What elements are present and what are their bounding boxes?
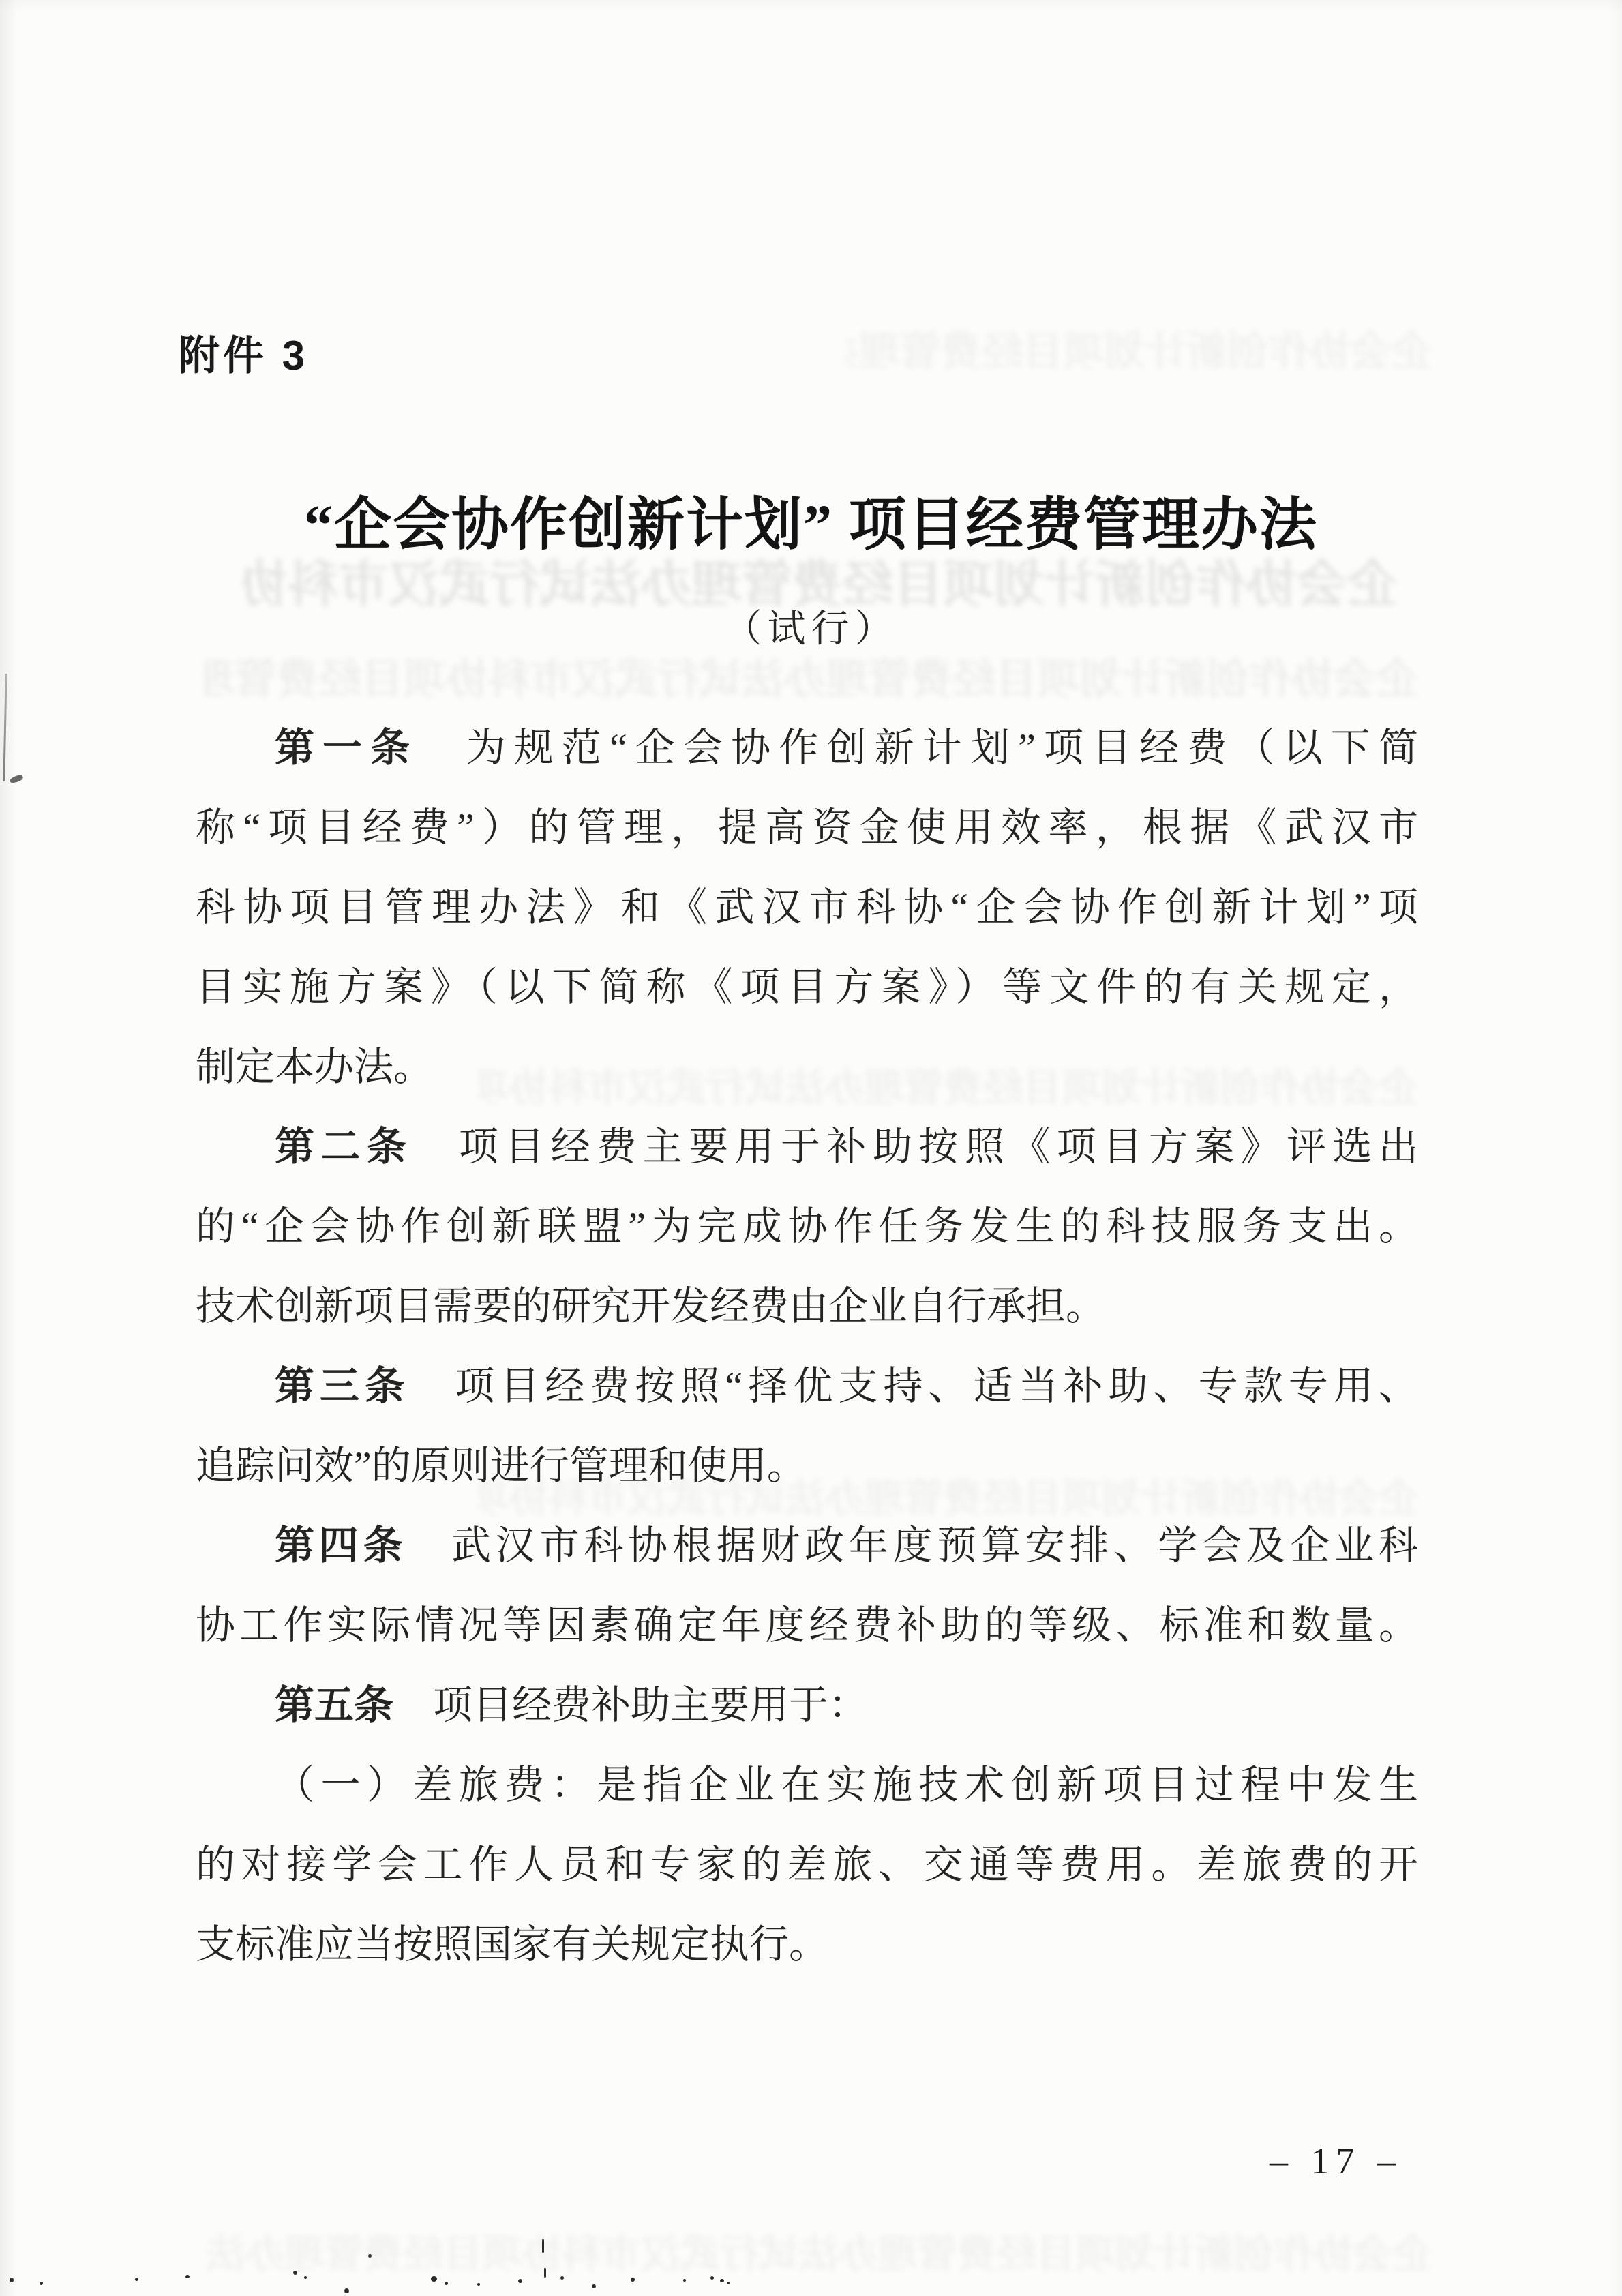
scan-speckle bbox=[40, 2282, 43, 2285]
scan-speckle bbox=[135, 2278, 138, 2281]
body-line-text: 武汉市科协根据财政年度预算安排、学会及企业科 bbox=[407, 1523, 1418, 1568]
scan-scratch bbox=[9, 774, 24, 784]
body-line: 的对接学会工作人员和专家的差旅、交通等费用。差旅费的开 bbox=[196, 1825, 1418, 1905]
scan-speckle bbox=[544, 2268, 546, 2278]
body-line: 支标准应当按照国家有关规定执行。 bbox=[196, 1905, 1418, 1984]
article-number: 第二条 bbox=[275, 1124, 412, 1169]
body-line: 目实施方案》（以下简称《项目方案》）等文件的有关规定， bbox=[196, 947, 1418, 1027]
scanned-document-page: 企会协作创新计划项目经费管理办法试行武汉市科协项目经费管理办法 企会协作创新计划… bbox=[0, 0, 1622, 2296]
bleed-through-text: 企会协作创新计划项目经费管理办法试行武汉市科协项目经费管理办法 bbox=[170, 2222, 1432, 2279]
page-number: – 17 – bbox=[1270, 2140, 1402, 2182]
body-line: 第三条 项目经费按照“择优支持、适当补助、专款专用、 bbox=[196, 1346, 1418, 1426]
body-line-text: 科协项目管理办法》和《武汉市科协“企会协作创新计划”项 bbox=[196, 885, 1418, 929]
body-line-text: 的对接学会工作人员和专家的差旅、交通等费用。差旅费的开 bbox=[196, 1843, 1418, 1887]
body-line-text: 的“企会协作创新联盟”为完成协作任务发生的科技服务支出。 bbox=[196, 1204, 1418, 1249]
body-line: 第一条 为规范“企会协作创新计划”项目经费（以下简 bbox=[196, 708, 1418, 788]
body-line-text: （一）差旅费：是指企业在实施技术创新项目过程中发生 bbox=[275, 1763, 1418, 1807]
scan-speckle bbox=[477, 2283, 480, 2286]
document-body: 第一条 为规范“企会协作创新计划”项目经费（以下简 称“项目经费”）的管理，提高… bbox=[196, 708, 1418, 1984]
attachment-label: 附件 3 bbox=[179, 323, 308, 382]
document-subtitle: （试行） bbox=[0, 599, 1622, 653]
bleed-through-text: 企会协作创新计划项目经费管理办法试行武汉市科协项目经费管理办法 bbox=[845, 319, 1432, 378]
body-line: 第五条 项目经费补助主要用于： bbox=[196, 1665, 1418, 1745]
body-line-text: 追踪问效”的原则进行管理和使用。 bbox=[196, 1444, 807, 1488]
scan-speckle bbox=[683, 2279, 686, 2282]
document-title: “企会协作创新计划” 项目经费管理办法 bbox=[0, 479, 1622, 561]
scan-speckle bbox=[304, 2276, 307, 2279]
body-line: 制定本办法。 bbox=[196, 1027, 1418, 1107]
scan-speckle bbox=[10, 2278, 14, 2282]
article-number: 第五条 bbox=[275, 1683, 393, 1727]
body-line-text: 制定本办法。 bbox=[196, 1045, 433, 1089]
body-line: 称“项目经费”）的管理，提高资金使用效率，根据《武汉市 bbox=[196, 788, 1418, 867]
body-line-text: 为规范“企会协作创新计划”项目经费（以下简 bbox=[418, 726, 1418, 770]
scan-speckle bbox=[431, 2276, 437, 2282]
body-line-text: 项目经费按照“择优支持、适当补助、专款专用、 bbox=[410, 1364, 1418, 1408]
article-number: 第四条 bbox=[275, 1523, 407, 1568]
body-line: 第四条 武汉市科协根据财政年度预算安排、学会及企业科 bbox=[196, 1506, 1418, 1585]
scan-speckle bbox=[727, 2282, 730, 2284]
scan-speckle bbox=[293, 2271, 297, 2275]
body-line-text: 支标准应当按照国家有关规定执行。 bbox=[196, 1922, 828, 1967]
body-line-text: 项目经费补助主要用于： bbox=[393, 1683, 868, 1727]
body-line-text: 协工作实际情况等因素确定年度经费补助的等级、标准和数量。 bbox=[196, 1603, 1418, 1648]
body-line: 第二条 项目经费主要用于补助按照《项目方案》评选出 bbox=[196, 1107, 1418, 1187]
scan-speckle bbox=[185, 2275, 190, 2278]
scan-speckle bbox=[720, 2279, 724, 2282]
scan-speckle bbox=[368, 2254, 372, 2258]
bleed-through-text: 企会协作创新计划项目经费管理办法试行武汉市科协项目经费管理办法 bbox=[205, 645, 1418, 706]
body-line-text: 技术创新项目需要的研究开发经费由企业自行承担。 bbox=[196, 1284, 1105, 1328]
article-number: 第三条 bbox=[275, 1364, 410, 1408]
scan-speckle bbox=[631, 2278, 635, 2282]
body-line: 协工作实际情况等因素确定年度经费补助的等级、标准和数量。 bbox=[196, 1585, 1418, 1665]
body-line-text: 项目经费主要用于补助按照《项目方案》评选出 bbox=[412, 1124, 1418, 1169]
scan-speckle bbox=[518, 2279, 522, 2283]
body-line-text: 称“项目经费”）的管理，提高资金使用效率，根据《武汉市 bbox=[196, 805, 1418, 850]
scan-speckle bbox=[445, 2282, 448, 2285]
body-line: 的“企会协作创新联盟”为完成协作任务发生的科技服务支出。 bbox=[196, 1187, 1418, 1266]
scan-speckle bbox=[560, 2276, 564, 2280]
body-line: 追踪问效”的原则进行管理和使用。 bbox=[196, 1426, 1418, 1506]
body-line-text: 目实施方案》（以下简称《项目方案》）等文件的有关规定， bbox=[196, 965, 1418, 1009]
scan-speckle bbox=[592, 2284, 596, 2288]
scan-scratch bbox=[3, 674, 7, 781]
scan-speckle bbox=[542, 2239, 544, 2253]
scan-speckle bbox=[710, 2276, 714, 2280]
scan-speckle bbox=[344, 2288, 349, 2293]
article-number: 第一条 bbox=[275, 726, 418, 770]
body-line: 技术创新项目需要的研究开发经费由企业自行承担。 bbox=[196, 1266, 1418, 1346]
body-line: 科协项目管理办法》和《武汉市科协“企会协作创新计划”项 bbox=[196, 867, 1418, 947]
body-line: （一）差旅费：是指企业在实施技术创新项目过程中发生 bbox=[196, 1745, 1418, 1825]
